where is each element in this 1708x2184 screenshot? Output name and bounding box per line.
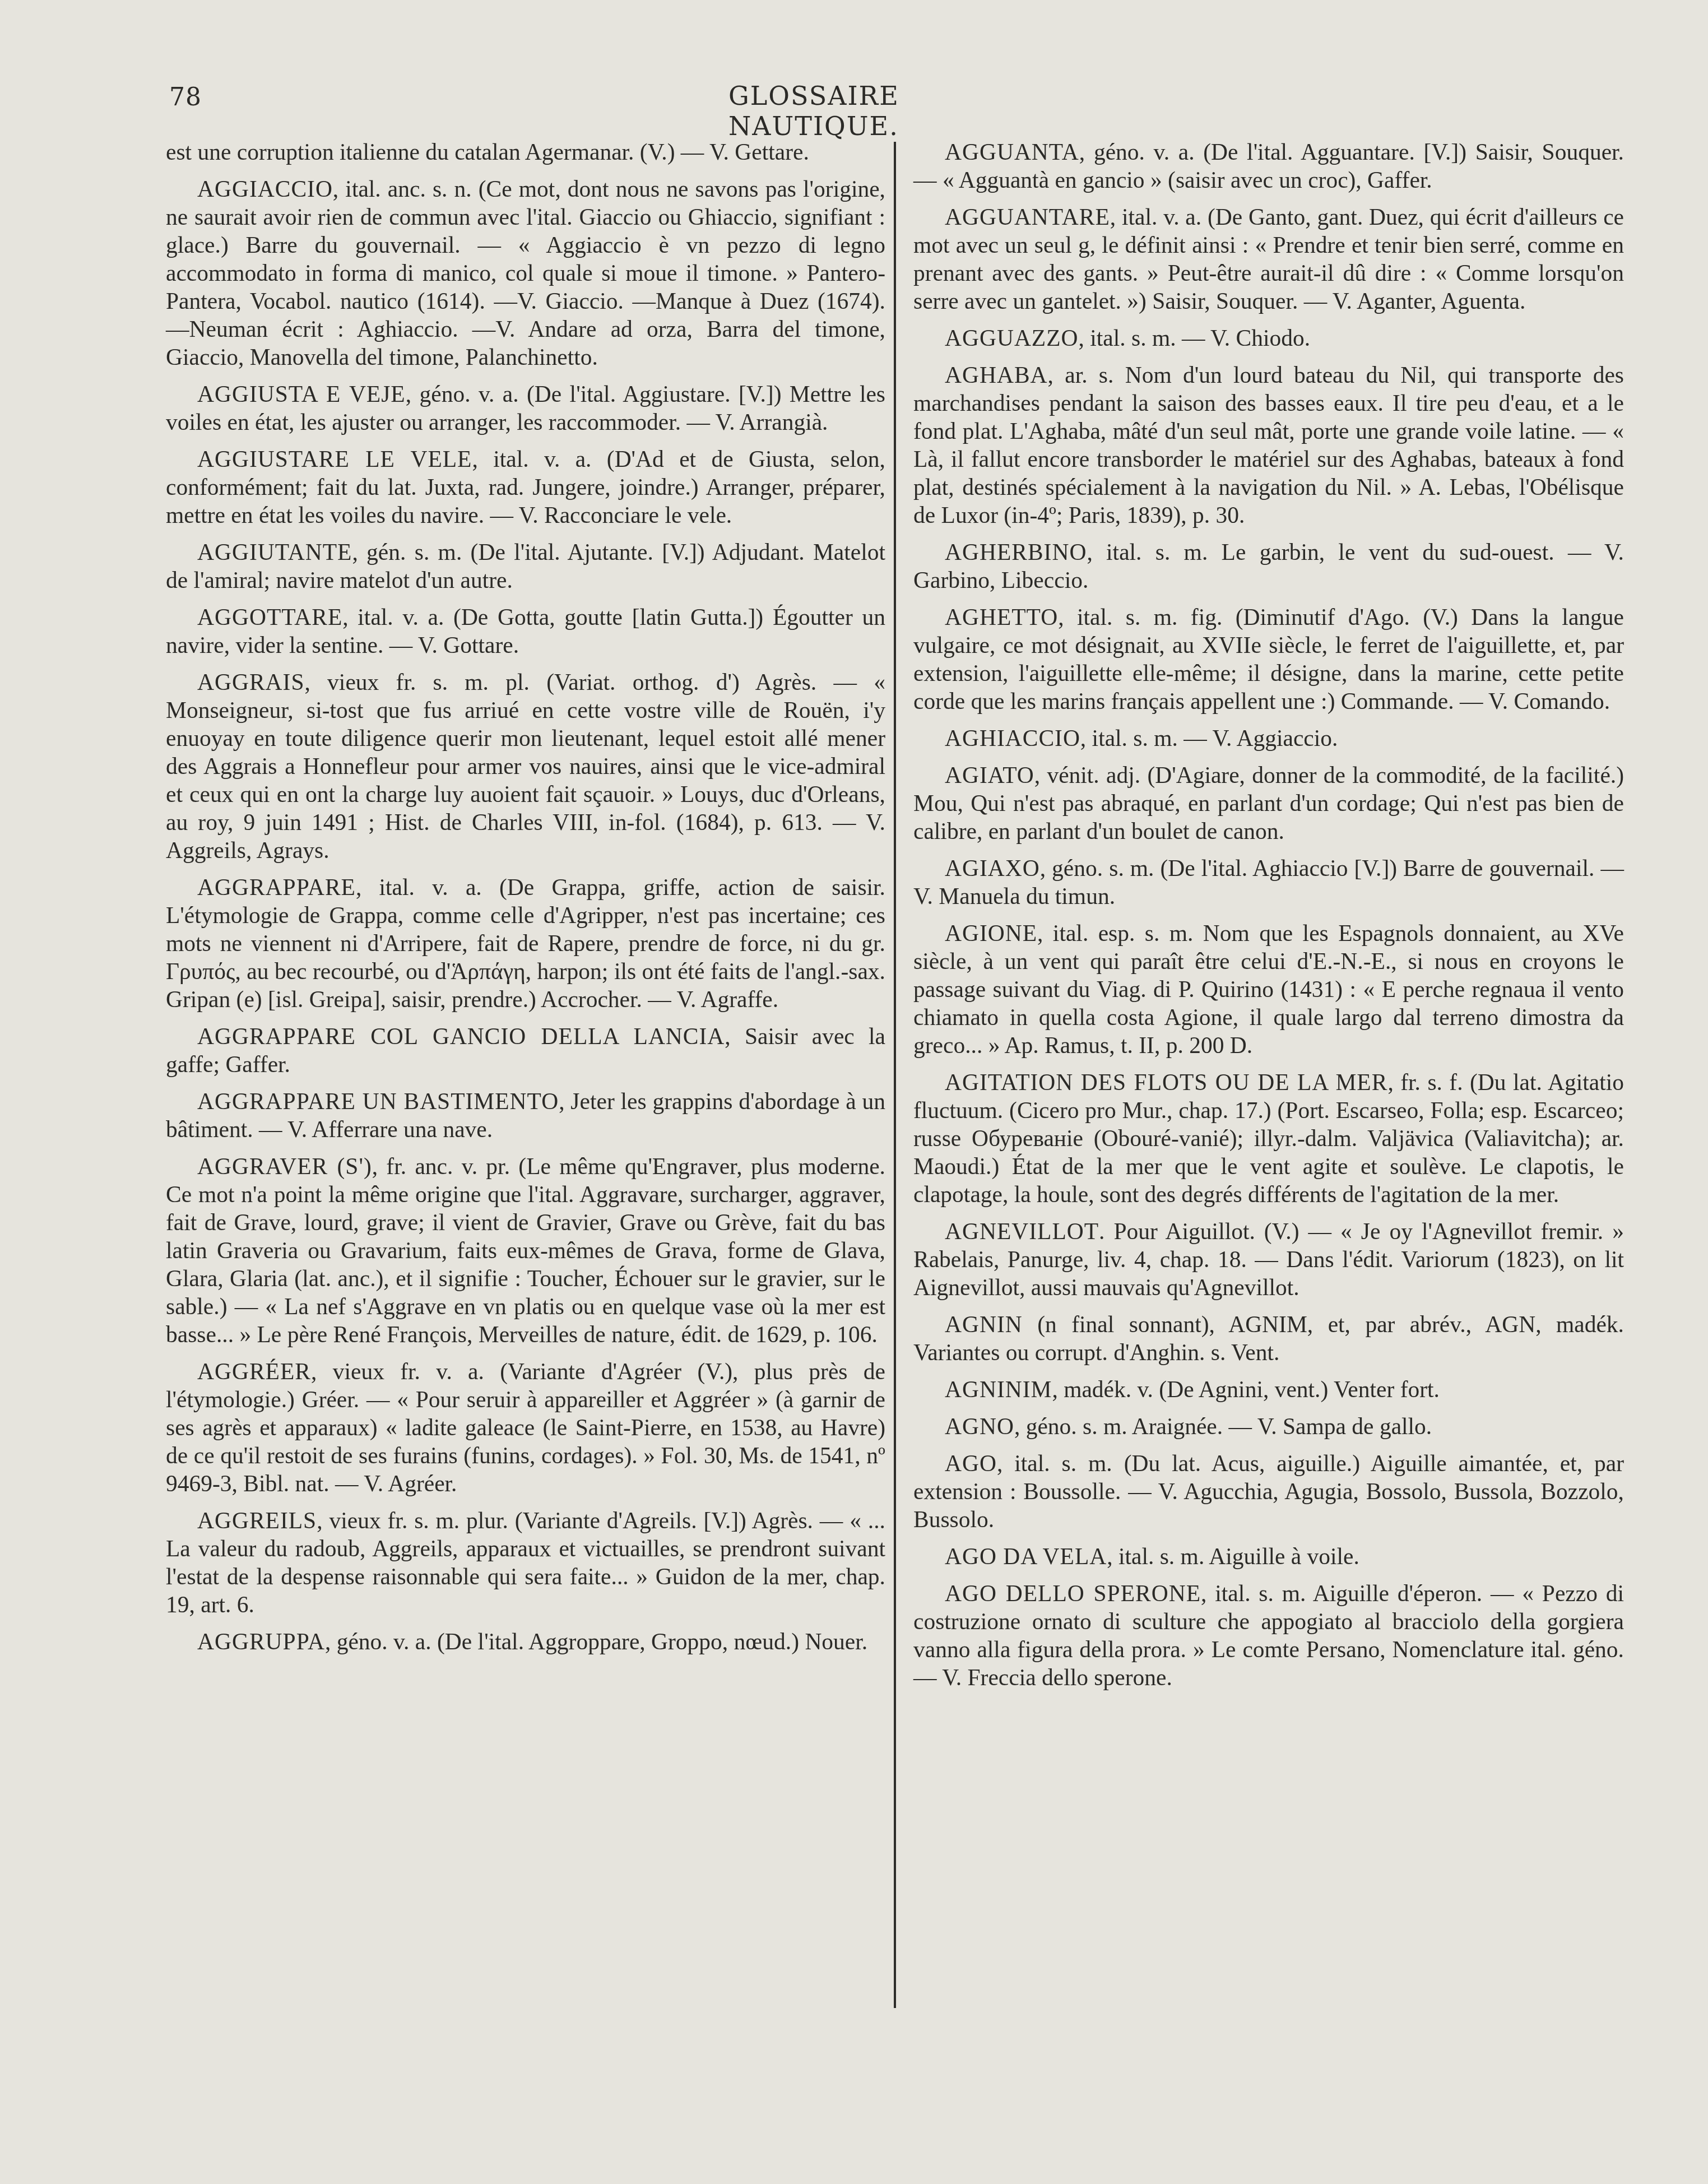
glossary-entry: AGGIUSTARE LE VELE, ital. v. a. (D'Ad et… xyxy=(166,445,885,529)
entry-definition: , ital. s. m. — V. Chiodo. xyxy=(1079,325,1311,351)
entry-headword: AGGUANTARE xyxy=(945,204,1110,230)
glossary-entry: AGGRAVER (S'), fr. anc. v. pr. (Le même … xyxy=(166,1152,885,1348)
entry-headword: AGGIUTANTE xyxy=(197,539,352,565)
left-column: est une corruption italienne du catalan … xyxy=(166,138,885,1664)
entry-headword: AGGUAZZO xyxy=(945,325,1079,351)
running-title: GLOSSAIRE NAUTIQUE. xyxy=(728,81,1053,141)
entry-headword: AGGREILS xyxy=(197,1508,317,1533)
entry-headword: AGO xyxy=(945,1450,997,1476)
glossary-entry: AGGREILS, vieux fr. s. m. plur. (Variant… xyxy=(166,1506,885,1619)
glossary-entry: AGGUAZZO, ital. s. m. — V. Chiodo. xyxy=(913,324,1624,352)
entry-headword: AGHIACCIO xyxy=(945,725,1080,751)
glossary-entry: AGGRAIS, vieux fr. s. m. pl. (Variat. or… xyxy=(166,668,885,864)
entry-headword: AGIONE xyxy=(945,920,1037,946)
entry-definition: , géno. s. m. Araignée. — V. Sampa de ga… xyxy=(1014,1413,1432,1439)
entry-headword: AGNINIM xyxy=(945,1376,1052,1402)
glossary-entry: AGNIN (n final sonnant), AGNIM, et, par … xyxy=(913,1310,1624,1366)
glossary-entry: AGHETTO, ital. s. m. fig. (Diminutif d'A… xyxy=(913,603,1624,715)
entry-headword: AGHERBINO xyxy=(945,539,1087,565)
glossary-entry: AGGRAPPARE COL GANCIO DELLA LANCIA, Sais… xyxy=(166,1022,885,1078)
glossary-entry: AGGIUSTA E VEJE, géno. v. a. (De l'ital.… xyxy=(166,380,885,436)
entry-headword: AGNEVILLOT xyxy=(945,1218,1099,1244)
entry-headword: AGGIUSTA E VEJE xyxy=(197,381,406,407)
entry-headword: AGO DELLO SPERONE xyxy=(945,1580,1201,1606)
entry-headword: AGGRAPPARE UN BASTIMENTO xyxy=(197,1088,559,1114)
entry-headword: AGIAXO xyxy=(945,855,1040,881)
entry-headword: AGGRAPPARE COL GANCIO DELLA LANCIA xyxy=(197,1023,725,1049)
entry-headword: AGGUANTA xyxy=(945,139,1079,165)
glossary-entry: AGO, ital. s. m. (Du lat. Acus, aiguille… xyxy=(913,1449,1624,1533)
entry-headword: AGGIUSTARE LE VELE xyxy=(197,446,472,472)
glossary-entry: AGGUANTA, géno. v. a. (De l'ital. Agguan… xyxy=(913,138,1624,194)
glossary-entry: AGIATO, vénit. adj. (D'Agiare, donner de… xyxy=(913,761,1624,845)
entry-definition: , ital. s. m. — V. Aggiaccio. xyxy=(1080,725,1338,751)
entry-headword: AGGRAVER (S') xyxy=(197,1153,372,1179)
entry-definition: , vieux fr. s. m. pl. (Variat. orthog. d… xyxy=(166,669,885,863)
entry-headword: AGIATO xyxy=(945,762,1034,788)
glossary-entry: AGNO, géno. s. m. Araignée. — V. Sampa d… xyxy=(913,1412,1624,1440)
entry-headword: AGGOTTARE xyxy=(197,604,342,630)
entry-headword: AGHABA xyxy=(945,362,1048,388)
glossary-entry: AGHIACCIO, ital. s. m. — V. Aggiaccio. xyxy=(913,724,1624,752)
glossary-entry: AGGRUPPA, géno. v. a. (De l'ital. Aggrop… xyxy=(166,1627,885,1656)
entry-headword: AGNO xyxy=(945,1413,1014,1439)
entry-headword: AGNIN xyxy=(945,1311,1023,1337)
glossary-entry: AGGRAPPARE, ital. v. a. (De Grappa, grif… xyxy=(166,873,885,1013)
entry-headword: AGGRÉER xyxy=(197,1358,311,1384)
entry-headword: AGGRUPPA xyxy=(197,1629,325,1654)
entry-headword: AGGIACCIO xyxy=(197,176,333,202)
glossary-entry: AGGOTTARE, ital. v. a. (De Gotta, goutte… xyxy=(166,603,885,659)
entry-definition: , madék. v. (De Agnini, vent.) Venter fo… xyxy=(1052,1376,1440,1402)
entry-headword: AGITATION DES FLOTS OU DE LA MER xyxy=(945,1069,1387,1095)
glossary-entry: AGGIUTANTE, gén. s. m. (De l'ital. Ajuta… xyxy=(166,538,885,594)
entry-headword: AGO DA VELA xyxy=(945,1543,1107,1569)
entry-headword: AGGRAIS xyxy=(197,669,304,695)
glossary-entry: AGHABA, ar. s. Nom d'un lourd bateau du … xyxy=(913,361,1624,529)
entry-definition: , fr. anc. v. pr. (Le même qu'Engraver, … xyxy=(166,1153,885,1347)
entry-definition: , géno. v. a. (De l'ital. Aggroppare, Gr… xyxy=(325,1629,867,1654)
glossary-entry: AGIAXO, géno. s. m. (De l'ital. Aghiacci… xyxy=(913,854,1624,910)
glossary-entry: AGO DA VELA, ital. s. m. Aiguille à voil… xyxy=(913,1542,1624,1570)
entry-definition: , ital. anc. s. n. (Ce mot, dont nous ne… xyxy=(166,176,885,370)
glossary-entry: AGGRÉER, vieux fr. v. a. (Variante d'Agr… xyxy=(166,1357,885,1497)
page-number: 78 xyxy=(169,83,202,112)
glossary-entry: AGITATION DES FLOTS OU DE LA MER, fr. s.… xyxy=(913,1068,1624,1208)
entry-definition: est une corruption italienne du catalan … xyxy=(166,139,809,165)
glossary-entry: AGIONE, ital. esp. s. m. Nom que les Esp… xyxy=(913,919,1624,1059)
glossary-entry: AGNEVILLOT. Pour Aiguillot. (V.) — « Je … xyxy=(913,1217,1624,1301)
glossary-entry: AGGRAPPARE UN BASTIMENTO, Jeter les grap… xyxy=(166,1087,885,1143)
glossary-entry: AGGIACCIO, ital. anc. s. n. (Ce mot, don… xyxy=(166,175,885,371)
glossary-entry: AGGUANTARE, ital. v. a. (De Ganto, gant.… xyxy=(913,203,1624,315)
column-divider xyxy=(894,142,896,2008)
right-column: AGGUANTA, géno. v. a. (De l'ital. Agguan… xyxy=(913,138,1624,1700)
glossary-entry: est une corruption italienne du catalan … xyxy=(166,138,885,166)
glossary-entry: AGHERBINO, ital. s. m. Le garbin, le ven… xyxy=(913,538,1624,594)
entry-definition: , ital. s. m. Aiguille à voile. xyxy=(1107,1543,1359,1569)
glossary-entry: AGNINIM, madék. v. (De Agnini, vent.) Ve… xyxy=(913,1375,1624,1403)
entry-headword: AGGRAPPARE xyxy=(197,874,356,900)
glossary-entry: AGO DELLO SPERONE, ital. s. m. Aiguille … xyxy=(913,1579,1624,1691)
entry-definition: , ital. s. m. (Du lat. Acus, aiguille.) … xyxy=(913,1450,1624,1532)
entry-headword: AGHETTO xyxy=(945,604,1058,630)
